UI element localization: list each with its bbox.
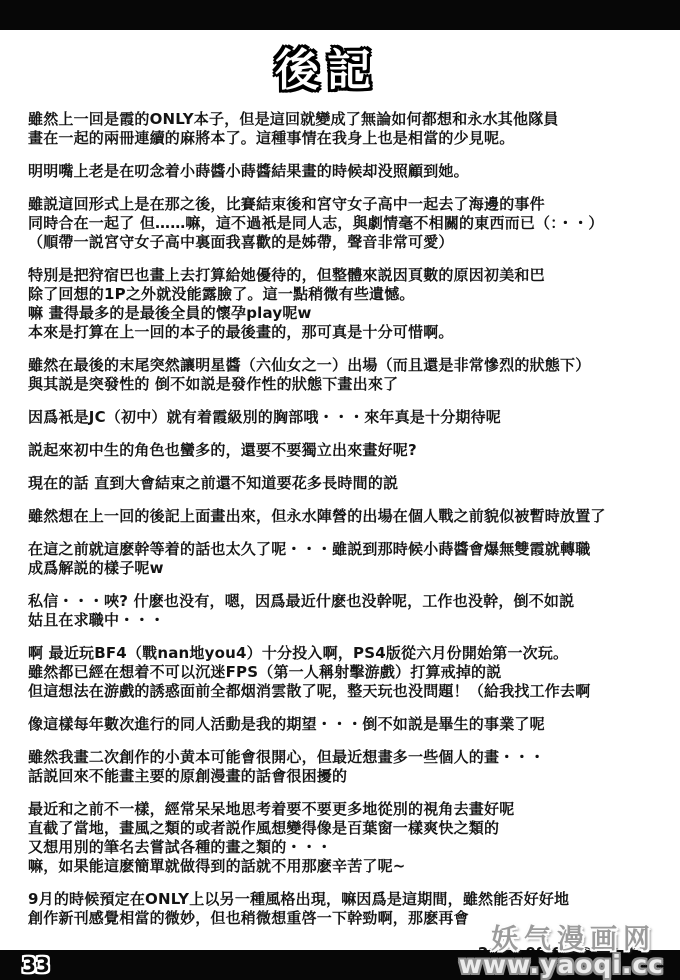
afterword-paragraph: 啊 最近玩BF4（戰nan地you4）十分投入啊，PS4版從六月份開始第一次玩。… [28, 644, 666, 701]
afterword-paragraph: 因爲衹是JC（初中）就有着霞級別的胸部哦・・・來年真是十分期待呢 [28, 408, 666, 427]
afterword-paragraph: 現在的話 直到大會結束之前還不知道要花多長時間的説 [28, 474, 666, 493]
afterword-paragraph: 雖説這回形式上是在那之後，比賽結束後和宮守女子高中一起去了海邊的事件 同時合在一… [28, 195, 666, 252]
afterword-paragraph: 雖然上一回是霞的ONLY本子，但是這回就變成了無論如何都想和永水其他隊員 畫在一… [28, 110, 666, 148]
afterword-paragraph: 明明嘴上老是在叨念着小蒔醬小蒔醬結果畫的時候却没照顧到她。 [28, 162, 666, 181]
afterword-paragraph: 雖然想在上一回的後記上面畫出來，但永水陣營的出場在個人戰之前貌似被暫時放置了 [28, 507, 666, 526]
top-scan-bar [0, 0, 680, 30]
afterword-paragraph: 像這樣每年數次進行的同人活動是我的期望・・・倒不如説是畢生的事業了呢 [28, 715, 666, 734]
page-title: 後記 [28, 34, 626, 98]
page-number: 33 [22, 953, 50, 977]
afterword-paragraph: 私信・・・唊? 什麽也没有，嗯，因爲最近什麽也没幹呢，工作也没幹，倒不如説 姑且… [28, 592, 666, 630]
watermark-site-url: www.yaoqi.cc [459, 950, 664, 979]
afterword-paragraph: 在這之前就這麽幹等着的話也太久了呢・・・雖説到那時候小蒔醬會爆無雙霞就轉職 成爲… [28, 540, 666, 578]
afterword-paragraph: 説起來初中生的角色也蠻多的，還要不要獨立出來畫好呢? [28, 441, 666, 460]
afterword-page: 後記 雖然上一回是霞的ONLY本子，但是這回就變成了無論如何都想和永水其他隊員 … [28, 32, 666, 963]
afterword-paragraph: 雖然我畫二次創作的小黄本可能會很開心，但最近想畫多一些個人的畫・・・ 話説回來不… [28, 748, 666, 786]
afterword-paragraph: 雖然在最後的末尾突然讓明星醬（六仙女之一）出場（而且還是非常慘烈的狀態下） 與其… [28, 356, 666, 394]
afterword-paragraph: 最近和之前不一樣，經常呆呆地思考着要不要更多地從別的視角去畫好呢 直截了當地，畫… [28, 800, 666, 876]
afterword-paragraph: 特別是把狩宿巴也畫上去打算給她優待的，但整體來説因頁數的原因初美和巴 除了回想的… [28, 266, 666, 342]
